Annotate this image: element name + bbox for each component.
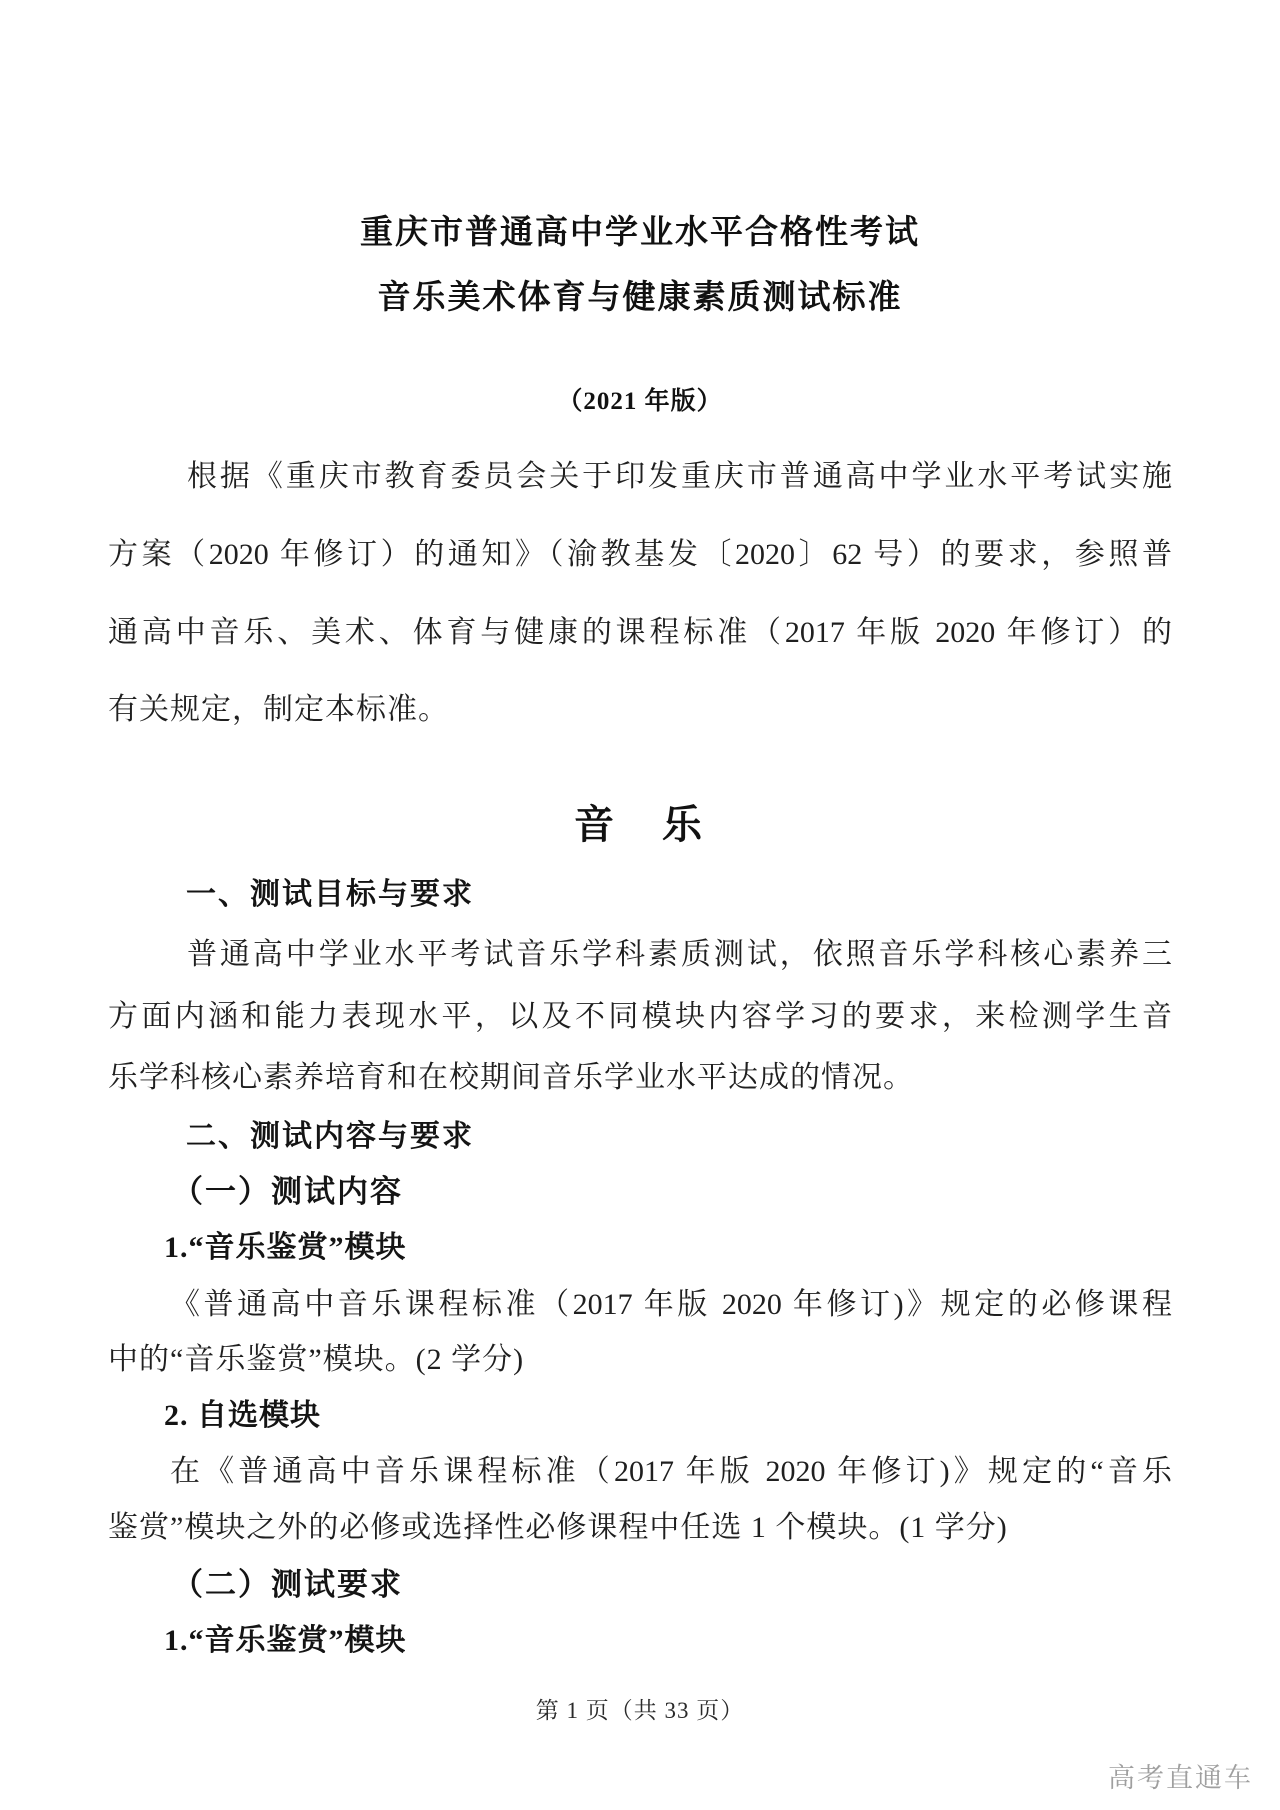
intro-paragraph-line-1: 根据《重庆市教育委员会关于印发重庆市普通高中学业水平考试实施	[108, 457, 1172, 497]
heading-test-goals: 一、测试目标与要求	[186, 875, 474, 915]
doc-title-line1: 重庆市普通高中学业水平合格性考试	[0, 206, 1280, 253]
doc-edition-label: （2021 年版）	[0, 381, 1280, 417]
goal-paragraph-line-3: 乐学科核心素养培育和在校期间音乐学业水平达成的情况。	[108, 1058, 1172, 1098]
document-page: 重庆市普通高中学业水平合格性考试 音乐美术体育与健康素质测试标准 （2021 年…	[0, 0, 1280, 1810]
heading-requirement-module-music-appreciation: 1.“音乐鉴赏”模块	[164, 1621, 407, 1661]
page-number-footer: 第 1 页（共 33 页）	[0, 1692, 1280, 1725]
heading-module-music-appreciation: 1.“音乐鉴赏”模块	[164, 1228, 407, 1268]
music-section-heading: 音 乐	[0, 801, 1280, 849]
site-watermark: 高考直通车	[1108, 1756, 1253, 1795]
goal-paragraph-line-1: 普通高中学业水平考试音乐学科素质测试，依照音乐学科核心素养三	[108, 935, 1172, 975]
subheading-test-requirements: （二）测试要求	[172, 1564, 403, 1606]
module2-paragraph-line-2: 鉴赏”模块之外的必修或选择性必修课程中任选 1 个模块。(1 学分)	[108, 1508, 1172, 1548]
intro-paragraph-line-3: 通高中音乐、美术、体育与健康的课程标准（2017 年版 2020 年修订）的	[108, 613, 1172, 653]
subheading-test-content: （一）测试内容	[172, 1171, 403, 1213]
doc-title-line2: 音乐美术体育与健康素质测试标准	[0, 271, 1280, 318]
intro-paragraph-line-2: 方案（2020 年修订）的通知》（渝教基发〔2020〕62 号）的要求，参照普	[108, 535, 1172, 575]
intro-paragraph-line-4: 有关规定，制定本标准。	[108, 690, 1172, 730]
heading-module-elective: 2. 自选模块	[164, 1396, 321, 1436]
module2-paragraph-line-1: 在《普通高中音乐课程标准（2017 年版 2020 年修订)》规定的“音乐	[108, 1452, 1172, 1492]
heading-test-content: 二、测试内容与要求	[186, 1117, 474, 1157]
module1-paragraph-line-1: 《普通高中音乐课程标准（2017 年版 2020 年修订)》规定的必修课程	[108, 1285, 1172, 1325]
module1-paragraph-line-2: 中的“音乐鉴赏”模块。(2 学分)	[108, 1340, 1172, 1380]
goal-paragraph-line-2: 方面内涵和能力表现水平，以及不同模块内容学习的要求，来检测学生音	[108, 997, 1172, 1037]
